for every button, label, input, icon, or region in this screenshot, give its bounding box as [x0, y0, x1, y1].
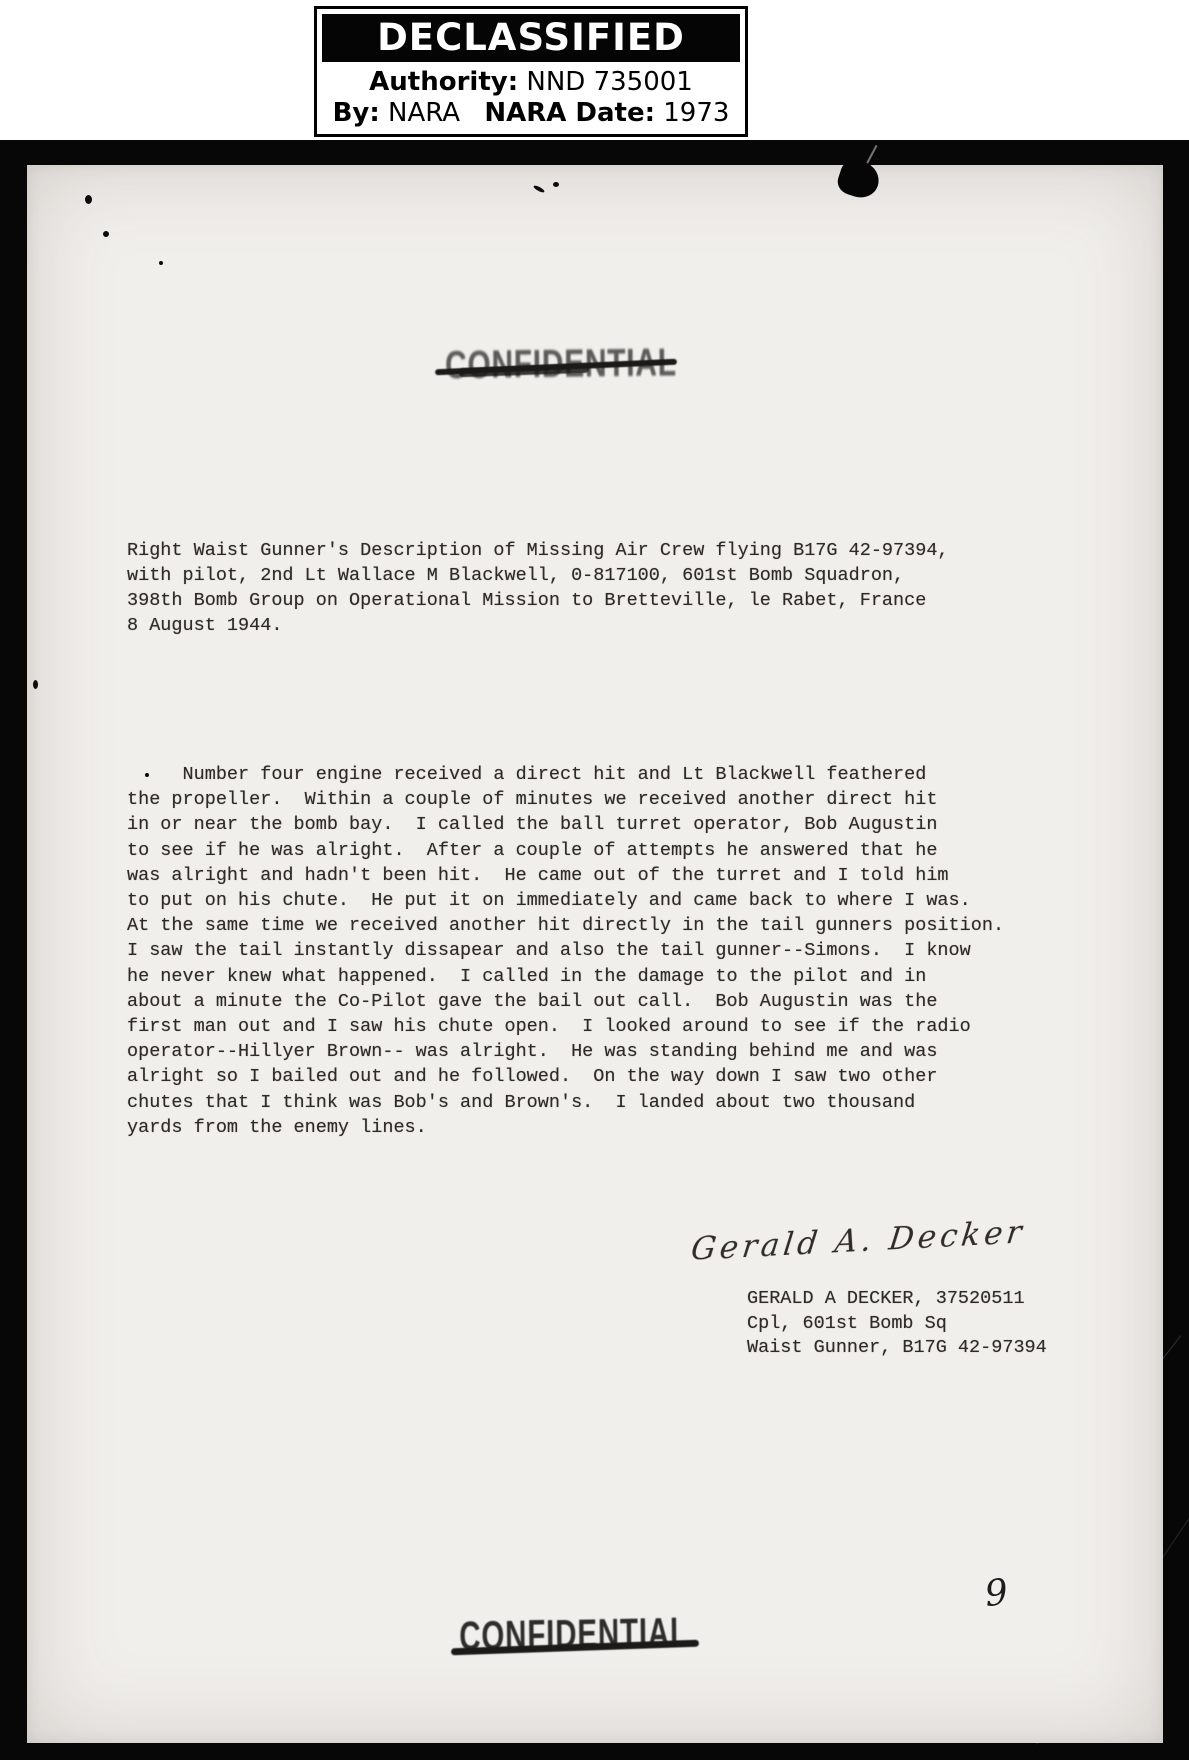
text-line: At the same time we received another hit… — [127, 913, 1004, 938]
ink-speck — [85, 195, 92, 204]
ink-speck — [533, 184, 545, 193]
text-line: in or near the bomb bay. I called the ba… — [127, 812, 1004, 837]
scanned-document: DECLASSIFIED Authority: NND 735001 By: N… — [0, 0, 1189, 1760]
ink-speck — [103, 231, 109, 237]
date-label: NARA Date: — [484, 98, 655, 128]
letter-body: Number four engine received a direct hit… — [127, 762, 1004, 1140]
ink-speck — [33, 680, 38, 689]
ink-blob — [834, 156, 883, 203]
header-strip: DECLASSIFIED Authority: NND 735001 By: N… — [0, 0, 1189, 140]
signature-block: GERALD A DECKER, 37520511Cpl, 601st Bomb… — [747, 1287, 1047, 1361]
by-line: By: NARA NARA Date: 1973 — [317, 98, 745, 129]
text-line: he never knew what happened. I called in… — [127, 964, 1004, 989]
authority-label: Authority: — [369, 67, 518, 97]
declassified-stamp-box: DECLASSIFIED Authority: NND 735001 By: N… — [314, 6, 748, 137]
document-page: CONFIDENTIAL Right Waist Gunner's Descri… — [27, 165, 1163, 1743]
text-line: GERALD A DECKER, 37520511 — [747, 1287, 1047, 1312]
declassified-title: DECLASSIFIED — [322, 14, 740, 62]
text-line: operator--Hillyer Brown-- was alright. H… — [127, 1039, 1004, 1064]
text-line: Cpl, 601st Bomb Sq — [747, 1312, 1047, 1337]
authority-value: NND 735001 — [526, 67, 692, 97]
text-line: was alright and hadn't been hit. He came… — [127, 863, 1004, 888]
scan-backdrop: CONFIDENTIAL Right Waist Gunner's Descri… — [0, 140, 1189, 1760]
ink-speck — [159, 261, 163, 265]
authority-line: Authority: NND 735001 — [317, 67, 745, 98]
text-line: alright so I bailed out and he followed.… — [127, 1064, 1004, 1089]
by-value: NARA — [388, 98, 460, 128]
text-line: Waist Gunner, B17G 42-97394 — [747, 1336, 1047, 1361]
ink-speck — [553, 182, 559, 187]
text-line: 398th Bomb Group on Operational Mission … — [127, 588, 949, 613]
text-line: first man out and I saw his chute open. … — [127, 1014, 1004, 1039]
text-line: to see if he was alright. After a couple… — [127, 838, 1004, 863]
text-line: Number four engine received a direct hit… — [127, 762, 1004, 787]
text-line: I saw the tail instantly dissapear and a… — [127, 938, 1004, 963]
page-number: 9 — [983, 1572, 1010, 1615]
letter-heading: Right Waist Gunner's Description of Miss… — [127, 538, 949, 638]
text-line: with pilot, 2nd Lt Wallace M Blackwell, … — [127, 563, 949, 588]
text-line: yards from the enemy lines. — [127, 1115, 1004, 1140]
text-line: chutes that I think was Bob's and Brown'… — [127, 1090, 1004, 1115]
text-line: 8 August 1944. — [127, 613, 949, 638]
text-line: the propeller. Within a couple of minute… — [127, 787, 1004, 812]
date-value: 1973 — [663, 98, 729, 128]
handwritten-signature: Gerald A. Decker — [689, 1214, 1028, 1268]
text-line: about a minute the Co-Pilot gave the bai… — [127, 989, 1004, 1014]
text-line: to put on his chute. He put it on immedi… — [127, 888, 1004, 913]
text-line: Right Waist Gunner's Description of Miss… — [127, 538, 949, 563]
by-label: By: — [333, 98, 380, 128]
